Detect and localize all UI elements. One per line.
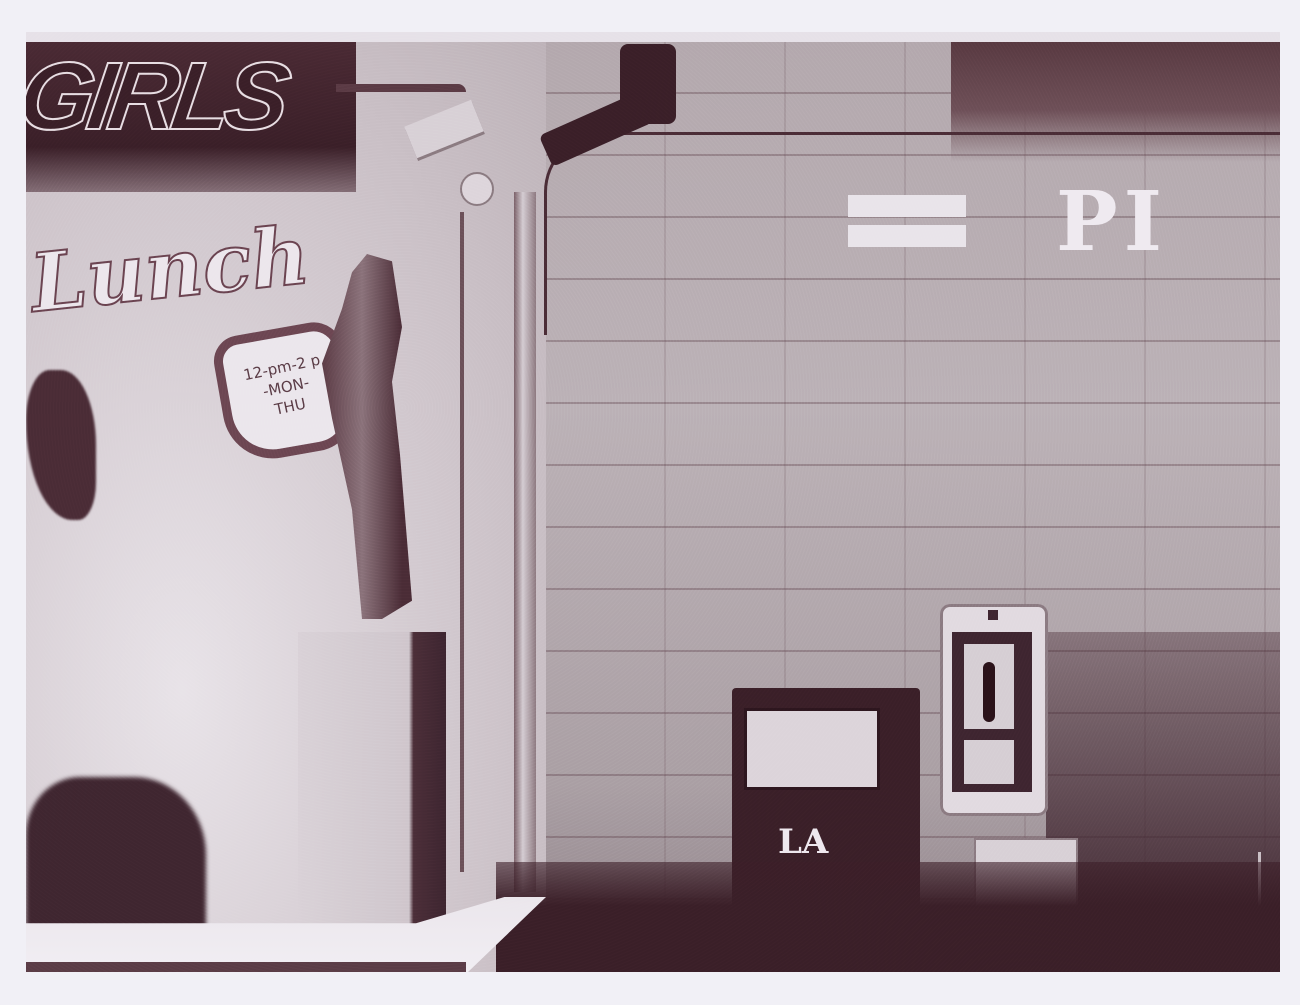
handset-icon (983, 662, 995, 722)
camera-mount (460, 172, 494, 206)
thin-conduit (460, 212, 464, 872)
photograph: GIRLS Lunch 12-pm-2 p -MON- THU PI LA (26, 32, 1280, 972)
curb-line (26, 962, 466, 972)
payphone-badge-icon (988, 610, 998, 620)
statue-pedestal (298, 632, 446, 932)
painted-wall-lettering: PI (1056, 174, 1168, 270)
newspaper-box-window (744, 708, 880, 790)
sky-strip (26, 32, 1280, 42)
payphone-lower-panel (964, 740, 1014, 784)
newspaper-logo: LA (778, 822, 828, 862)
sign-bracket (336, 84, 466, 92)
girls-sign-text: GIRLS (26, 42, 291, 152)
painted-equals-bars (848, 195, 966, 247)
drain-pipe (514, 192, 536, 892)
foreground-shrubs (496, 862, 1280, 972)
